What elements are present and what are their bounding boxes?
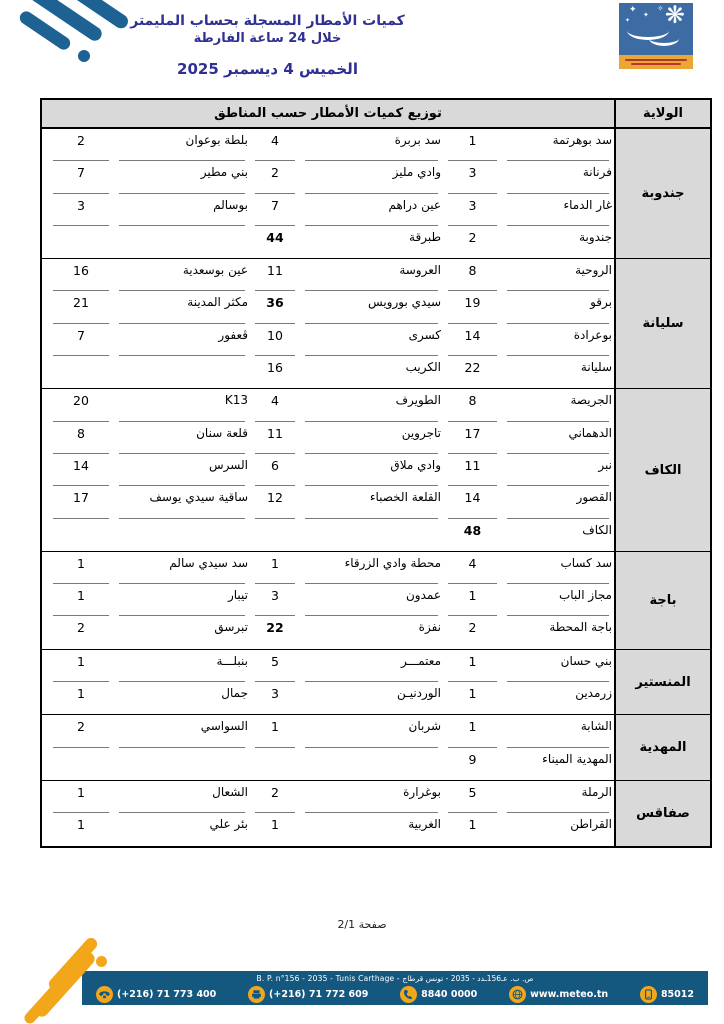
rainfall-value-cell: 22 (443, 356, 502, 388)
snowflake-icon: ❋ (665, 3, 685, 29)
inm-logo-emblem: ❋ ✦ ✦ ✧ ✦ (619, 3, 693, 55)
contact-text: 8840 0000 (421, 989, 477, 1000)
governorate-section: سليانةالروحية8العروسة11عين بوسعدية16برقو… (42, 258, 710, 388)
rainfall-value-cell: 17 (443, 422, 502, 454)
wave-icon (649, 31, 679, 46)
rainfall-value-cell: 1 (443, 584, 502, 616)
rainfall-value-cell (250, 748, 300, 780)
rainfall-value-cell (250, 519, 300, 551)
rainfall-value-cell: 1 (48, 584, 114, 616)
station-name-cell (300, 519, 443, 551)
rainfall-value-cell: 19 (443, 291, 502, 323)
rainfall-value-cell: 2 (48, 129, 114, 161)
rainfall-value-cell: 7 (48, 161, 114, 193)
station-name-cell: نبر (502, 454, 614, 486)
rainfall-value-cell: 1 (443, 650, 502, 682)
governorate-section: الكافالجريصة8الطويرف4K1320الدهماني17تاجر… (42, 388, 710, 550)
rainfall-value-cell: 36 (250, 291, 300, 323)
rainfall-value-cell (48, 519, 114, 551)
rainfall-table: الولاية توزيع كميات الأمطار حسب المناطق … (40, 98, 712, 848)
station-name-cell: تاجروين (300, 422, 443, 454)
station-name-cell: برقو (502, 291, 614, 323)
station-name-cell: سد بربرة (300, 129, 443, 161)
station-name-cell: عين دراهم (300, 194, 443, 226)
station-name-cell: سد بوهرتمة (502, 129, 614, 161)
rainfall-value-cell: 5 (443, 781, 502, 813)
rainfall-value-cell: 44 (250, 226, 300, 258)
rainfall-value-cell: 3 (443, 161, 502, 193)
contact-text: (+216) 71 773 400 (117, 989, 216, 1000)
station-name-cell: زرمدين (502, 682, 614, 714)
station-name-cell: بئر علي (114, 813, 250, 845)
rainfall-value-cell: 16 (250, 356, 300, 388)
rainfall-value-cell: 14 (443, 486, 502, 518)
rainfall-value-cell: 8 (443, 389, 502, 421)
rainfall-value-cell: 9 (443, 748, 502, 780)
station-name-cell: المهدية الميناء (502, 748, 614, 780)
station-name-cell: نفزة (300, 616, 443, 648)
station-name-cell: الوردنيـن (300, 682, 443, 714)
table-row: باجة المحطة2نفزة22تبرسق2 (42, 616, 614, 648)
rainfall-value-cell: 11 (250, 422, 300, 454)
rainfall-value-cell: 4 (250, 389, 300, 421)
rainfall-value-cell: 14 (48, 454, 114, 486)
contact-item: 85012 (640, 986, 694, 1003)
footer-contact-bar: B. P. n°156 - 2035 - Tunis Carthage - ص.… (82, 971, 708, 1005)
station-name-cell: غار الدماء (502, 194, 614, 226)
station-name-cell: الشعال (114, 781, 250, 813)
station-name-cell: الكريب (300, 356, 443, 388)
station-name-cell (114, 748, 250, 780)
station-name-cell: الطويرف (300, 389, 443, 421)
governorate-section: جندوبةسد بوهرتمة1سد بربرة4بلطة بوعوان2فر… (42, 129, 710, 258)
fax-icon (248, 986, 265, 1003)
table-header-row: الولاية توزيع كميات الأمطار حسب المناطق (42, 100, 710, 129)
station-name-cell: جمال (114, 682, 250, 714)
table-row: الرملة5بوغرارة2الشعال1 (42, 781, 614, 813)
station-name-cell: القلعة الخصباء (300, 486, 443, 518)
governorate-column-header: الولاية (614, 100, 710, 127)
station-name-cell: طبرقة (300, 226, 443, 258)
governorate-cell: صفاقس (614, 781, 710, 846)
rainfall-value-cell: 2 (250, 781, 300, 813)
globe-icon (509, 986, 526, 1003)
table-row: نبر11وادي ملاق6السرس14 (42, 454, 614, 486)
station-name-cell: بوسالم (114, 194, 250, 226)
star-icon: ✦ (643, 11, 649, 19)
station-name-cell: عمدون (300, 584, 443, 616)
rainfall-value-cell: 1 (48, 650, 114, 682)
table-row: الجريصة8الطويرف4K1320 (42, 389, 614, 421)
star-icon: ✦ (625, 17, 630, 24)
table-row: القصور14القلعة الخصباء12ساقية سيدي يوسف1… (42, 486, 614, 518)
station-name-cell: وادي مليز (300, 161, 443, 193)
station-name-cell (300, 748, 443, 780)
rainfall-value-cell: 2 (443, 226, 502, 258)
rainfall-value-cell: 3 (443, 194, 502, 226)
station-name-cell: مجاز الباب (502, 584, 614, 616)
rainfall-value-cell: 8 (443, 259, 502, 291)
station-name-cell (114, 356, 250, 388)
station-name-cell: السواسي (114, 715, 250, 747)
rainfall-value-cell: 14 (443, 324, 502, 356)
station-name-cell (114, 226, 250, 258)
governorate-section: المنستيربني حسان1معتمـــر5بنبلـــة1زرمدي… (42, 649, 710, 715)
sms-icon (640, 986, 657, 1003)
report-date: الخميس 4 ديسمبر 2025 (0, 60, 535, 78)
rainfall-value-cell: 5 (250, 650, 300, 682)
rainfall-value-cell: 7 (48, 324, 114, 356)
station-name-cell: الدهماني (502, 422, 614, 454)
table-row: سد بوهرتمة1سد بربرة4بلطة بوعوان2 (42, 129, 614, 161)
contact-text: www.meteo.tn (530, 989, 608, 1000)
station-name-cell: الكاف (502, 519, 614, 551)
rainfall-value-cell: 4 (250, 129, 300, 161)
rainfall-value-cell: 2 (443, 616, 502, 648)
station-name-cell: فرنانة (502, 161, 614, 193)
station-name-cell: كسرى (300, 324, 443, 356)
table-row: بني حسان1معتمـــر5بنبلـــة1 (42, 650, 614, 682)
rainfall-value-cell (48, 356, 114, 388)
rainfall-value-cell: 4 (443, 552, 502, 584)
contact-text: 85012 (661, 989, 694, 1000)
rainfall-value-cell: 1 (443, 682, 502, 714)
rainfall-value-cell: 2 (48, 616, 114, 648)
contact-item: (+216) 71 772 609 (248, 986, 368, 1003)
station-name-cell: سيدي بورويس (300, 291, 443, 323)
station-name-cell: تبرسق (114, 616, 250, 648)
station-name-cell: بني مطير (114, 161, 250, 193)
star-icon: ✦ (629, 5, 637, 15)
inm-logo: ❋ ✦ ✦ ✧ ✦ (619, 3, 693, 69)
rainfall-value-cell: 1 (250, 813, 300, 845)
station-name-cell (114, 519, 250, 551)
table-row: برقو19سيدي بورويس36مكثر المدينة21 (42, 291, 614, 323)
table-row: مجاز الباب1عمدون3تيبار1 (42, 584, 614, 616)
station-name-cell: جندوبة (502, 226, 614, 258)
rainfall-value-cell: 22 (250, 616, 300, 648)
station-name-cell: محطة وادي الزرقاء (300, 552, 443, 584)
rainfall-value-cell: 8 (48, 422, 114, 454)
table-row: فرنانة3وادي مليز2بني مطير7 (42, 161, 614, 193)
table-row: غار الدماء3عين دراهم7بوسالم3 (42, 194, 614, 226)
station-name-cell: سليانة (502, 356, 614, 388)
rainfall-value-cell: 2 (250, 161, 300, 193)
station-name-cell: عين بوسعدية (114, 259, 250, 291)
station-name-cell: مكثر المدينة (114, 291, 250, 323)
report-header: كميات الأمطار المسجلة بحساب المليمتر خلا… (0, 13, 535, 78)
contact-text: (+216) 71 772 609 (269, 989, 368, 1000)
rainfall-value-cell: 10 (250, 324, 300, 356)
table-row: بوعرادة14كسرى10ڤعفور7 (42, 324, 614, 356)
station-name-cell: شربان (300, 715, 443, 747)
rainfall-value-cell: 1 (443, 129, 502, 161)
rainfall-value-cell (48, 748, 114, 780)
station-name-cell: بنبلـــة (114, 650, 250, 682)
rainfall-value-cell (48, 226, 114, 258)
table-row: زرمدين1الوردنيـن3جمال1 (42, 682, 614, 714)
governorate-section: باجةسد كساب4محطة وادي الزرقاء1سد سيدي سا… (42, 551, 710, 649)
table-row: الروحية8العروسة11عين بوسعدية16 (42, 259, 614, 291)
station-name-cell: بوغرارة (300, 781, 443, 813)
table-row: جندوبة2طبرقة44 (42, 226, 614, 258)
rainfall-value-cell: 1 (48, 781, 114, 813)
rainfall-value-cell: 1 (443, 715, 502, 747)
station-name-cell: قلعة سنان (114, 422, 250, 454)
rainfall-value-cell: 21 (48, 291, 114, 323)
rainfall-value-cell: 48 (443, 519, 502, 551)
governorate-cell: جندوبة (614, 129, 710, 258)
table-row: القراطن1الغربية1بئر علي1 (42, 813, 614, 845)
governorate-section: صفاقسالرملة5بوغرارة2الشعال1القراطن1الغرب… (42, 780, 710, 846)
station-name-cell: ساقية سيدي يوسف (114, 486, 250, 518)
station-name-cell: الروحية (502, 259, 614, 291)
governorate-cell: باجة (614, 552, 710, 649)
rainfall-value-cell: 3 (250, 682, 300, 714)
rainfall-value-cell: 7 (250, 194, 300, 226)
rainfall-value-cell: 11 (443, 454, 502, 486)
page-number: صفحة 2/1 (0, 918, 724, 931)
table-row: الدهماني17تاجروين11قلعة سنان8 (42, 422, 614, 454)
station-name-cell: الجريصة (502, 389, 614, 421)
station-name-cell: بلطة بوعوان (114, 129, 250, 161)
rainfall-value-cell: 3 (250, 584, 300, 616)
station-name-cell: ڤعفور (114, 324, 250, 356)
station-name-cell: الشابة (502, 715, 614, 747)
star-icon: ✧ (657, 4, 664, 13)
table-body: جندوبةسد بوهرتمة1سد بربرة4بلطة بوعوان2فر… (42, 129, 710, 846)
station-name-cell: سد كساب (502, 552, 614, 584)
station-name-cell: السرس (114, 454, 250, 486)
governorate-cell: المنستير (614, 650, 710, 715)
governorate-cell: الكاف (614, 389, 710, 550)
contact-list: (+216) 71 773 400(+216) 71 772 6098840 0… (82, 983, 708, 1003)
station-name-cell: بني حسان (502, 650, 614, 682)
table-row: سليانة22الكريب16 (42, 356, 614, 388)
rainfall-value-cell: 16 (48, 259, 114, 291)
rainfall-value-cell: 1 (48, 682, 114, 714)
rainfall-value-cell: 1 (443, 813, 502, 845)
governorate-cell: المهدية (614, 715, 710, 780)
station-name-cell: القصور (502, 486, 614, 518)
station-name-cell: تيبار (114, 584, 250, 616)
rainfall-value-cell: 17 (48, 486, 114, 518)
contact-item: www.meteo.tn (509, 986, 608, 1003)
rainfall-value-cell: 3 (48, 194, 114, 226)
station-name-cell: العروسة (300, 259, 443, 291)
station-name-cell: القراطن (502, 813, 614, 845)
rainfall-value-cell: 6 (250, 454, 300, 486)
handset-icon (400, 986, 417, 1003)
postal-address: B. P. n°156 - 2035 - Tunis Carthage - ص.… (82, 971, 708, 983)
rainfall-value-cell: 20 (48, 389, 114, 421)
governorate-cell: سليانة (614, 259, 710, 388)
rainfall-value-cell: 11 (250, 259, 300, 291)
table-row: الكاف48 (42, 519, 614, 551)
table-row: سد كساب4محطة وادي الزرقاء1سد سيدي سالم1 (42, 552, 614, 584)
station-name-cell: الرملة (502, 781, 614, 813)
station-name-cell: سد سيدي سالم (114, 552, 250, 584)
footer-decoration (28, 952, 128, 1014)
rainfall-value-cell: 12 (250, 486, 300, 518)
rainfall-value-cell: 1 (48, 552, 114, 584)
governorate-section: المهديةالشابة1شربان1السواسي2المهدية المي… (42, 714, 710, 780)
document-page: كميات الأمطار المسجلة بحساب المليمتر خلا… (0, 0, 724, 1024)
rainfall-value-cell: 1 (48, 813, 114, 845)
inm-logo-band (619, 55, 693, 69)
table-row: المهدية الميناء9 (42, 748, 614, 780)
table-row: الشابة1شربان1السواسي2 (42, 715, 614, 747)
station-name-cell: باجة المحطة (502, 616, 614, 648)
station-name-cell: معتمـــر (300, 650, 443, 682)
distribution-column-header: توزيع كميات الأمطار حسب المناطق (42, 100, 614, 127)
contact-item: 8840 0000 (400, 986, 477, 1003)
rainfall-value-cell: 1 (250, 552, 300, 584)
rainfall-value-cell: 2 (48, 715, 114, 747)
report-title-line1: كميات الأمطار المسجلة بحساب المليمتر (0, 13, 535, 30)
station-name-cell: K13 (114, 389, 250, 421)
rainfall-value-cell: 1 (250, 715, 300, 747)
station-name-cell: وادي ملاق (300, 454, 443, 486)
station-name-cell: الغربية (300, 813, 443, 845)
report-title-line2: خلال 24 ساعة الفارطة (0, 31, 535, 47)
station-name-cell: بوعرادة (502, 324, 614, 356)
